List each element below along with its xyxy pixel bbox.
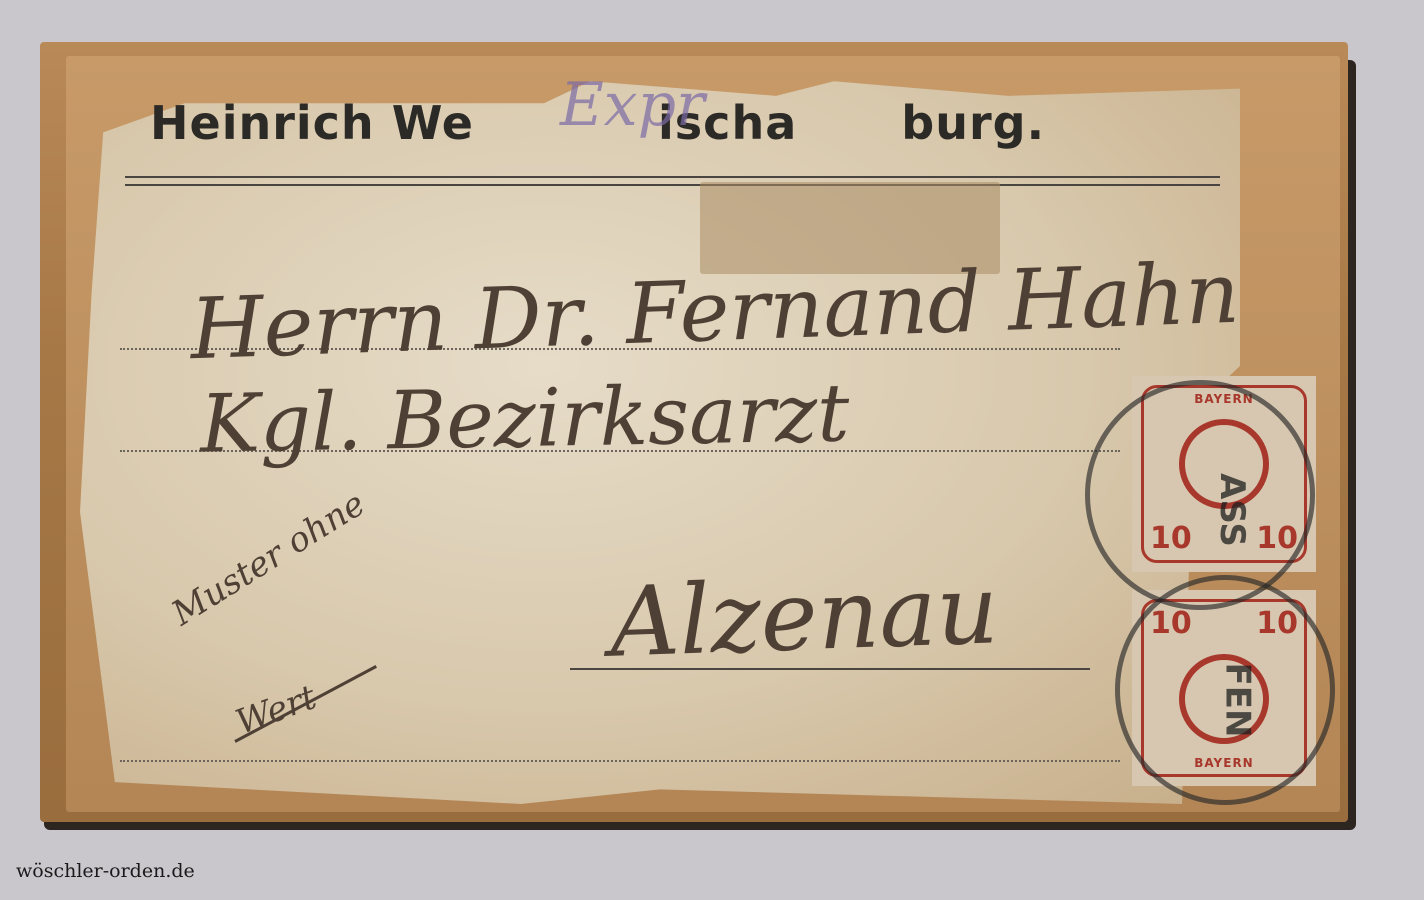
address-line-title: Kgl. Bezirksarzt	[199, 366, 850, 470]
purple-ink-mark: Expr	[560, 70, 705, 140]
letterhead-part1: Heinrich We	[150, 96, 474, 150]
header-rule-top	[125, 176, 1220, 178]
postmark-text-1: ASS	[1212, 473, 1252, 547]
watermark: wöschler-orden.de	[16, 860, 195, 882]
letterhead-part3: burg.	[901, 96, 1045, 150]
address-line-4	[120, 760, 1120, 762]
header-rule-bottom	[125, 184, 1220, 186]
postmark-text-2: FEN	[1217, 663, 1257, 738]
postmark-circle-1	[1085, 380, 1315, 610]
address-line-city: Alzenau	[608, 553, 1000, 678]
